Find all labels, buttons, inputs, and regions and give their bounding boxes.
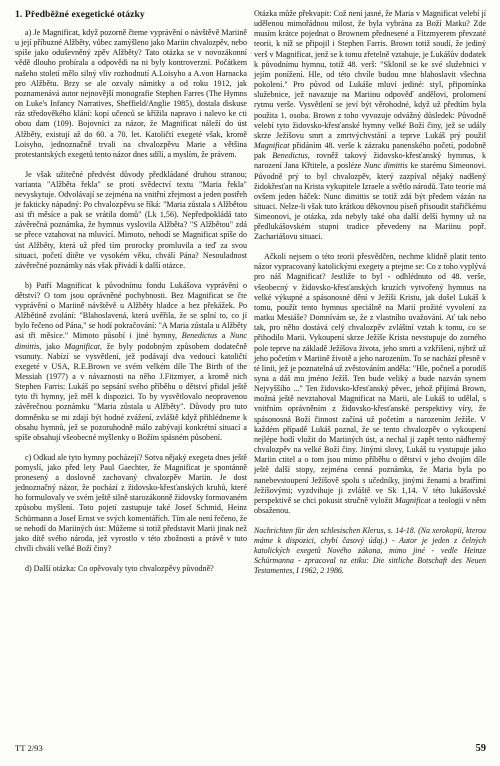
source-footnote: Nachrichten für den schlesischen Klerus,… <box>254 526 486 576</box>
italic-text-run: Magnificat <box>65 342 101 351</box>
left-column-text: a) Je Magnificat, když pozorně čteme vyp… <box>15 28 247 574</box>
italic-text-run: Benedictus <box>272 151 308 160</box>
text-run: ke starému Simeonovi. Původně prý to byl… <box>254 161 486 241</box>
text-run: , že byly podobným způsobem dodatečně vs… <box>15 342 247 442</box>
italic-text-run: Nunc dimittis <box>364 161 408 170</box>
text-run: Otázka může překvapit: Což není jasné, ž… <box>254 9 486 140</box>
paragraph-a: a) Je Magnificat, když pozorně čteme vyp… <box>15 28 247 160</box>
right-column: Otázka může překvapit: Což není jasné, ž… <box>254 9 486 585</box>
text-run: c) Odkud ale tyto hymny pocházejí? Sotva… <box>15 453 247 553</box>
text-run: a <box>217 331 230 340</box>
text-run: d) Další otázka: Co opěvovaly tyto chval… <box>25 564 214 573</box>
left-column: 1. Předběžné exegetické otázky a) Je Mag… <box>15 9 247 585</box>
paragraph-lukan-perspective: Ačkoli nejsem o této teorii přesvědčen, … <box>254 252 486 516</box>
document-page: 1. Předběžné exegetické otázky a) Je Mag… <box>0 0 500 766</box>
text-run: Ačkoli nejsem o této teorii přesvědčen, … <box>254 252 486 505</box>
right-column-text: Otázka může překvapit: Což není jasné, ž… <box>254 9 486 576</box>
italic-text-run: Magnificat <box>254 141 290 150</box>
text-run: , jako <box>39 342 64 351</box>
italic-text-run: Benedictus <box>182 331 218 340</box>
footer-journal-ref: TT 2/93 <box>15 743 43 753</box>
italic-text-run: Magnificat <box>395 496 431 505</box>
paragraph-counterarguments: Je však užitečné předvést důvody předklá… <box>15 170 247 272</box>
text-run: Je však užitečné předvést důvody předklá… <box>15 170 247 270</box>
paragraph-c: c) Odkud ale tyto hymny pocházejí? Sotva… <box>15 453 247 555</box>
footer-page-number: 59 <box>476 743 487 754</box>
paragraph-d: d) Další otázka: Co opěvovaly tyto chval… <box>15 564 247 574</box>
page-footer: TT 2/93 59 <box>15 743 486 754</box>
page-body: 1. Předběžné exegetické otázky a) Je Mag… <box>15 9 486 585</box>
text-run: a) Je Magnificat, když pozorně čteme vyp… <box>15 28 247 159</box>
paragraph-b: b) Patří Magnificat k původnímu fondu Lu… <box>15 281 247 444</box>
italic-text-run: Nachrichten für den schlesischen Klerus,… <box>254 526 486 575</box>
paragraph-answer-brown-theory: Otázka může překvapit: Což není jasné, ž… <box>254 9 486 243</box>
section-heading: 1. Předběžné exegetické otázky <box>15 9 247 20</box>
